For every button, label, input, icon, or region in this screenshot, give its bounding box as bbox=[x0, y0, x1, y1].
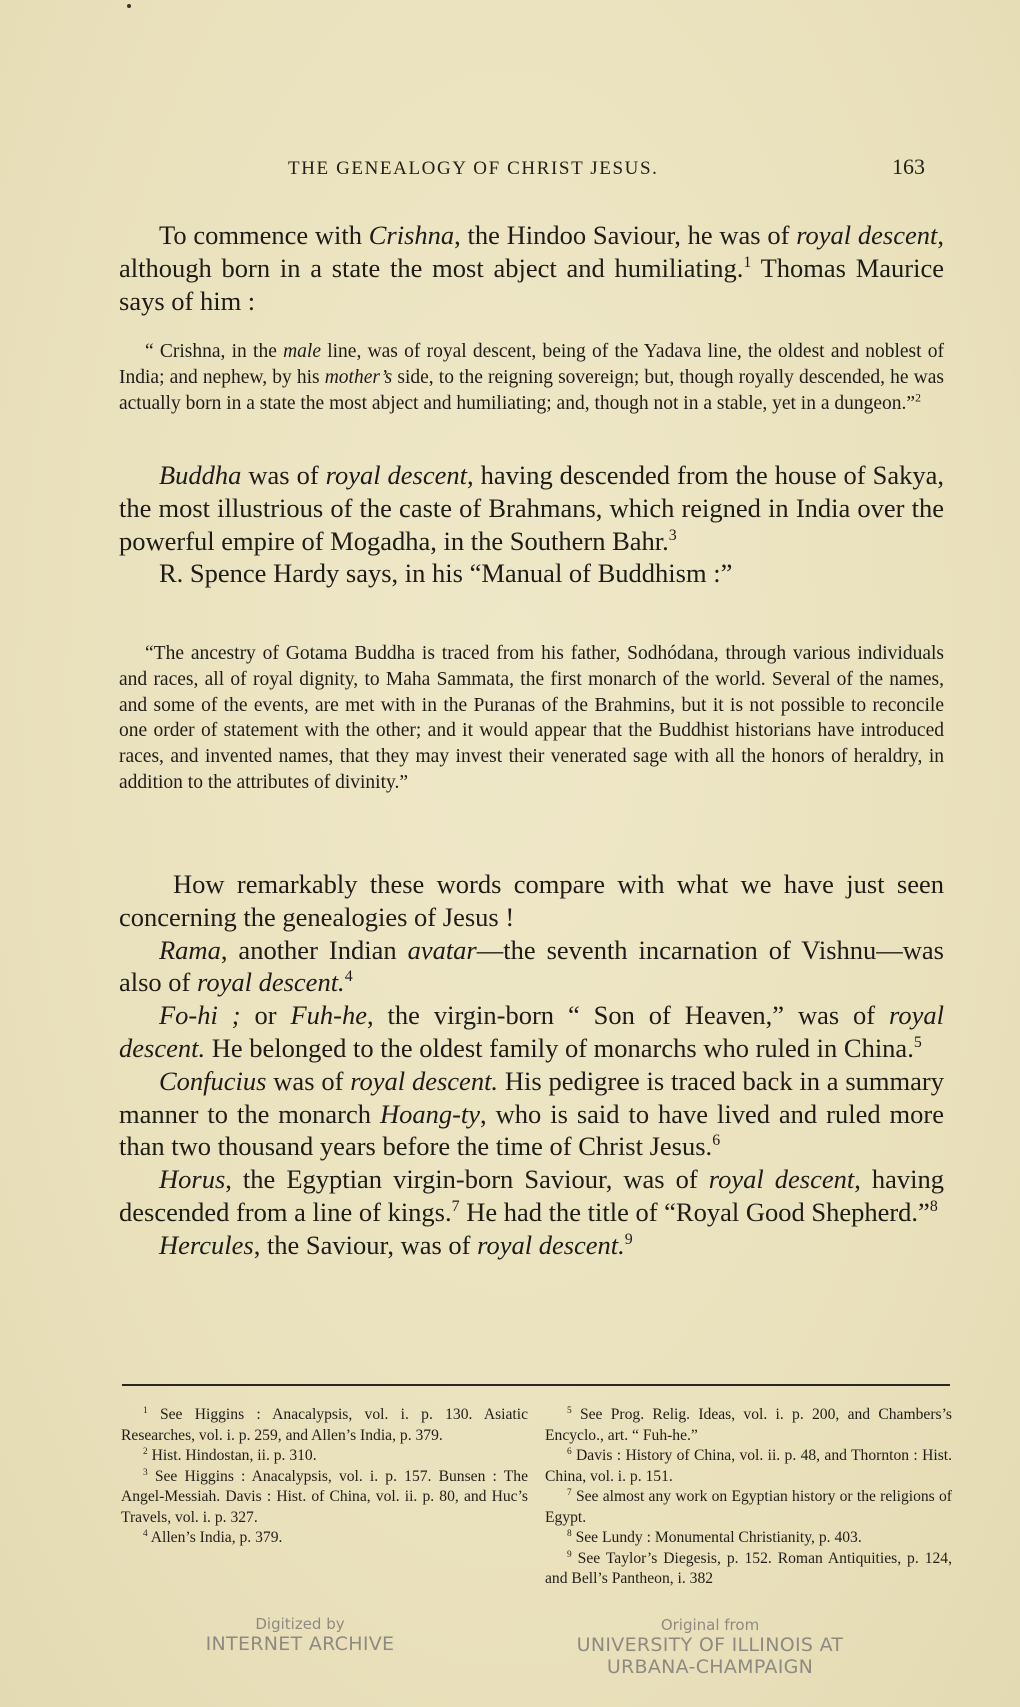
footnote-ref: 6 bbox=[712, 1133, 720, 1150]
body-section-saviours: How remarkably these words compare with … bbox=[119, 868, 944, 1262]
footnote: 5 See Prog. Relig. Ideas, vol. i. p. 200… bbox=[545, 1405, 952, 1446]
footnote: 6 Davis : History of China, vol. ii. p. … bbox=[545, 1446, 952, 1487]
page-number: 163 bbox=[892, 154, 925, 180]
footnote-ref: 5 bbox=[914, 1034, 922, 1051]
footnote-ref: 3 bbox=[669, 527, 677, 544]
paragraph-buddha: Buddha was of royal descent, having desc… bbox=[119, 459, 944, 590]
paragraph-comparison: How remarkably these words compare with … bbox=[119, 868, 944, 934]
footnote: 8 See Lundy : Monumental Christianity, p… bbox=[545, 1528, 952, 1549]
footnote: 3 See Higgins : Anacalypsis, vol. i. p. … bbox=[121, 1467, 528, 1529]
footnote: 9 See Taylor’s Diegesis, p. 152. Roman A… bbox=[545, 1549, 952, 1590]
footnote: 4 Allen’s India, p. 379. bbox=[121, 1528, 528, 1549]
footnote: 1 See Higgins : Anacalypsis, vol. i. p. … bbox=[121, 1405, 528, 1446]
footnote-ref: 4 bbox=[345, 969, 353, 986]
blockquote-maurice: “ Crishna, in the male line, was of roya… bbox=[119, 339, 944, 416]
paragraph-horus: Horus, the Egyptian virgin-born Saviour,… bbox=[119, 1163, 944, 1229]
footnotes-left-column: 1 See Higgins : Anacalypsis, vol. i. p. … bbox=[121, 1405, 528, 1549]
running-title: THE GENEALOGY OF CHRIST JESUS. bbox=[288, 158, 659, 180]
watermark-digitized-by: Digitized by INTERNET ARCHIVE bbox=[190, 1615, 410, 1655]
footnote-divider bbox=[122, 1384, 950, 1386]
footnotes-right-column: 5 See Prog. Relig. Ideas, vol. i. p. 200… bbox=[545, 1405, 952, 1590]
footnote-ref: 9 bbox=[625, 1231, 633, 1248]
paragraph-crishna: To commence with Crishna, the Hindoo Sav… bbox=[119, 219, 944, 317]
footnote: 2 Hist. Hindostan, ii. p. 310. bbox=[121, 1446, 528, 1467]
footnote-ref: 8 bbox=[930, 1198, 938, 1215]
paragraph-fohi: Fo-hi ; or Fuh-he, the virgin-born “ Son… bbox=[119, 999, 944, 1065]
footnote-ref: 7 bbox=[452, 1198, 460, 1215]
paragraph-confucius: Confucius was of royal descent. His pedi… bbox=[119, 1065, 944, 1163]
watermark-original-from: Original from UNIVERSITY OF ILLINOIS AT … bbox=[570, 1616, 850, 1678]
footnote: 7 See almost any work on Egyptian histor… bbox=[545, 1487, 952, 1528]
paragraph-hercules: Hercules, the Saviour, was of royal desc… bbox=[119, 1229, 944, 1262]
paper-speck bbox=[127, 4, 131, 8]
name-crishna: Crishna bbox=[369, 220, 454, 250]
name-buddha: Buddha bbox=[159, 460, 241, 490]
footnote-ref: 2 bbox=[915, 391, 921, 404]
blockquote-hardy: “The ancestry of Gotama Buddha is traced… bbox=[119, 641, 944, 796]
paragraph-hardy: R. Spence Hardy says, in his “Manual of … bbox=[119, 557, 944, 590]
paragraph-rama: Rama, another Indian avatar—the seventh … bbox=[119, 934, 944, 1000]
